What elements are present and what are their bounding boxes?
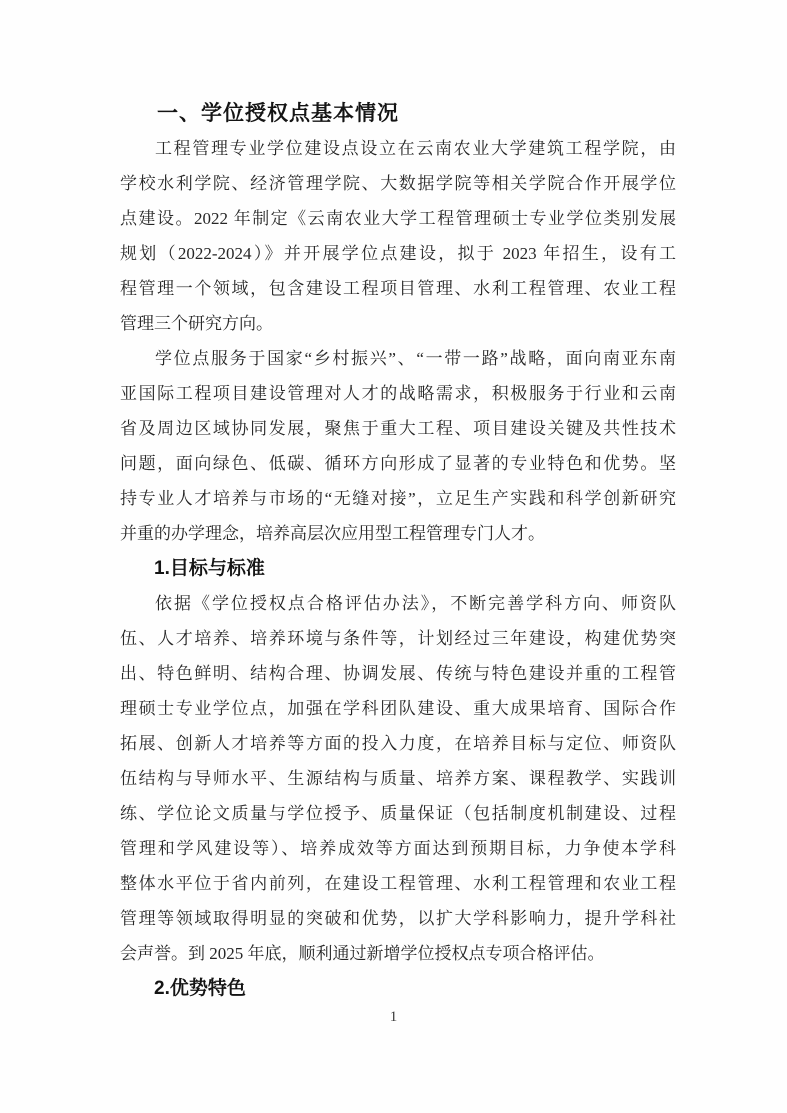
paragraph-2: 学位点服务于国家“乡村振兴”、“一带一路”战略，面向南亚东南 亚国际工程项目建设… (120, 341, 676, 551)
text-line: 管理等领域取得明显的突破和优势，以扩大学科影响力，提升学科社 (120, 901, 676, 936)
text-line: 省及周边区域协同发展，聚焦于重大工程、项目建设关键及共性技术 (120, 411, 676, 446)
document-body: 一、学位授权点基本情况 工程管理专业学位建设点设立在云南农业大学建筑工程学院，由… (120, 96, 676, 1006)
document-page: 一、学位授权点基本情况 工程管理专业学位建设点设立在云南农业大学建筑工程学院，由… (0, 0, 787, 1113)
section-heading-features: 2.优势特色 (120, 971, 676, 1006)
text-line: 管理和学风建设等）、培养成效等方面达到预期目标，力争使本学科 (120, 831, 676, 866)
text-line: 亚国际工程项目建设管理对人才的战略需求，积极服务于行业和云南 (120, 376, 676, 411)
text-line: 整体水平位于省内前列，在建设工程管理、水利工程管理和农业工程 (120, 866, 676, 901)
text-line: 点建设。2022 年制定《云南农业大学工程管理硕士专业学位类别发展 (120, 201, 676, 236)
text-line: 伍结构与导师水平、生源结构与质量、培养方案、课程教学、实践训 (120, 761, 676, 796)
text-line: 程管理一个领域，包含建设工程项目管理、水利工程管理、农业工程 (120, 271, 676, 306)
text-line: 工程管理专业学位建设点设立在云南农业大学建筑工程学院，由 (120, 131, 676, 166)
text-line: 练、学位论文质量与学位授予、质量保证（包括制度机制建设、过程 (120, 796, 676, 831)
paragraph-1: 工程管理专业学位建设点设立在云南农业大学建筑工程学院，由 学校水利学院、经济管理… (120, 131, 676, 341)
text-line: 问题，面向绿色、低碳、循环方向形成了显著的专业特色和优势。坚 (120, 446, 676, 481)
text-line: 拓展、创新人才培养等方面的投入力度，在培养目标与定位、师资队 (120, 726, 676, 761)
section-heading-goals: 1.目标与标准 (120, 551, 676, 586)
text-line: 依据《学位授权点合格评估办法》，不断完善学科方向、师资队 (120, 586, 676, 621)
text-line: 并重的办学理念，培养高层次应用型工程管理专门人才。 (120, 516, 676, 551)
text-line: 理硕士专业学位点，加强在学科团队建设、重大成果培育、国际合作 (120, 691, 676, 726)
text-line: 出、特色鲜明、结构合理、协调发展、传统与特色建设并重的工程管 (120, 656, 676, 691)
text-line: 持专业人才培养与市场的“无缝对接”，立足生产实践和科学创新研究 (120, 481, 676, 516)
text-line: 规划（2022-2024）》并开展学位点建设，拟于 2023 年招生，设有工 (120, 236, 676, 271)
section-heading-1: 一、学位授权点基本情况 (120, 96, 676, 131)
paragraph-3: 依据《学位授权点合格评估办法》，不断完善学科方向、师资队 伍、人才培养、培养环境… (120, 586, 676, 971)
text-line: 管理三个研究方向。 (120, 306, 676, 341)
text-line: 伍、人才培养、培养环境与条件等，计划经过三年建设，构建优势突 (120, 621, 676, 656)
text-line: 学位点服务于国家“乡村振兴”、“一带一路”战略，面向南亚东南 (120, 341, 676, 376)
text-line: 学校水利学院、经济管理学院、大数据学院等相关学院合作开展学位 (120, 166, 676, 201)
page-number: 1 (0, 1006, 787, 1028)
text-line: 会声誉。到 2025 年底，顺利通过新增学位授权点专项合格评估。 (120, 936, 676, 971)
